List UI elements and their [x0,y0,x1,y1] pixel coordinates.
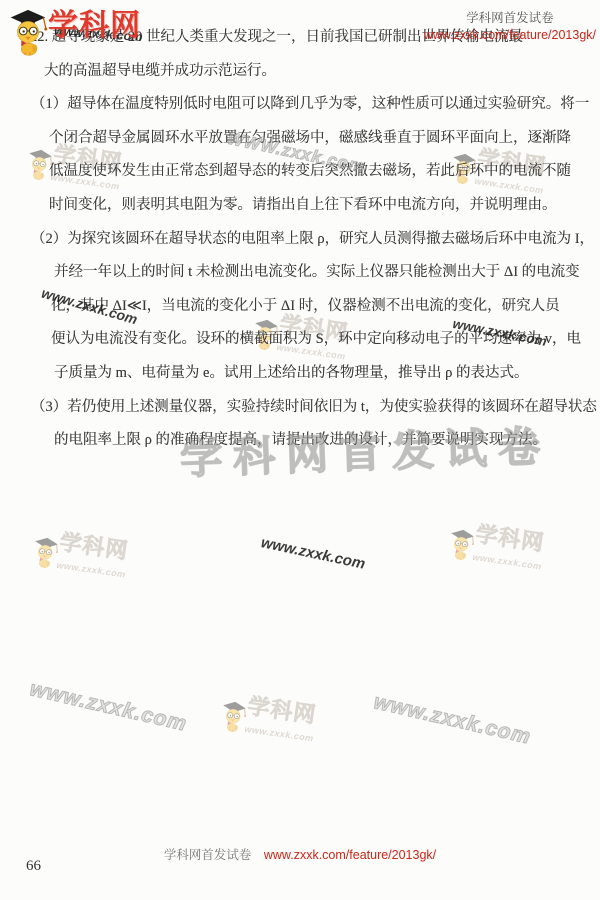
page-footer: 学科网首发试卷 www.zxxk.com/feature/2013gk/ [0,845,600,863]
header-label: 学科网首发试卷 [424,8,596,26]
page-number: 66 [26,858,41,875]
watermark-url: www.zxxk.com [27,677,189,737]
watermark-banner: 学科网首发试卷 [179,414,552,487]
question-line: （2）为探究该圆环在超导状态的电阻率上限 ρ，研究人员测得撤去磁场后环中电流为 … [0,223,600,257]
question-line: 时间变化，则表明其电阻为零。请指出自上往下看环中电流方向，并说明理由。 [0,189,600,223]
zxxk-logo: 学科网 [8,6,141,56]
document-page: 学科网 学科网首发试卷 www.zxxk.com/feature/2013gk/… [0,0,600,900]
question-text: 22. 超导现象是 20 世纪人类重大发现之一，日前我国已研制出世界传输电流最 … [0,21,600,458]
watermark-logo-text: 学科网 www.zxxk.com [471,523,546,577]
zxxk-logo-text: 学科网 [48,6,141,46]
question-line: 大的高温超导电缆并成功示范运行。 [0,55,600,89]
header-right: 学科网首发试卷 www.zxxk.com/feature/2013gk/ [424,8,596,42]
watermark-logo-text: 学科网 www.zxxk.com [55,531,130,585]
zxxk-mascot-icon [8,6,48,56]
watermark-url: www.zxxk.com [259,534,366,573]
header-link: www.zxxk.com/feature/2013gk/ [424,28,596,42]
watermark-logo-text: 学科网 www.zxxk.com [243,695,318,749]
footer-label: 学科网首发试卷 [164,848,252,862]
question-line: 并经一年以上的时间 t 未检测出电流变化。实际上仪器只能检测出大于 ΔI 的电流… [0,256,600,290]
question-line: （1）超导体在温度特别低时电阻可以降到几乎为零，这种性质可以通过实验研究。将一 [0,88,600,122]
question-line: 子质量为 m、电荷量为 e。试用上述给出的各物理量，推导出 ρ 的表达式。 [0,357,600,391]
watermark-url: www.zxxk.com [371,690,533,750]
footer-link: www.zxxk.com/feature/2013gk/ [264,848,436,862]
watermark-logo: 学科网 www.zxxk.com [445,520,546,578]
watermark-logo: 学科网 www.zxxk.com [217,692,318,750]
watermark-logo: 学科网 www.zxxk.com [29,528,130,586]
